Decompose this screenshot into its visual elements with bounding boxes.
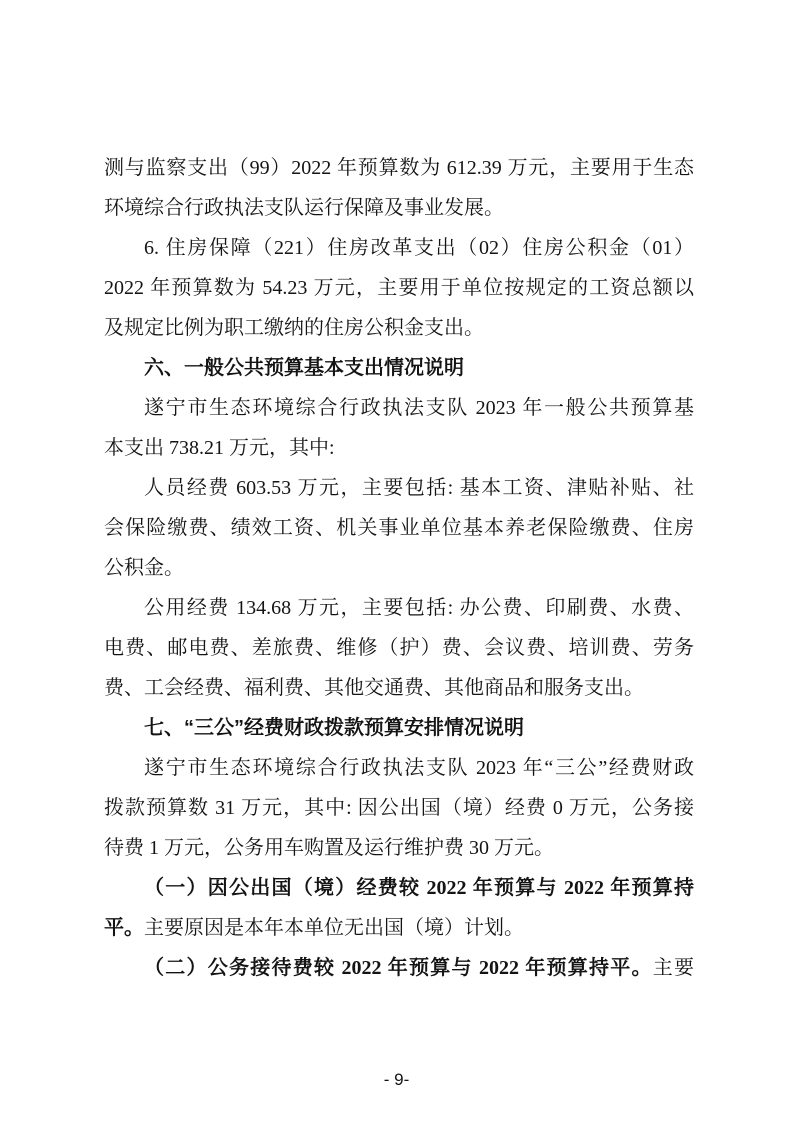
text-run: 会保险缴费、绩效工资、机关事业单位基本养老保险缴费、住房	[104, 517, 694, 539]
text-run: 及规定比例为职工缴纳的住房公积金支出。	[104, 317, 484, 339]
text-line: （一）因公出国（境）经费较 2022 年预算与 2022 年预算持	[104, 868, 694, 908]
text-run: （二）公务接待费较 2022 年预算与 2022 年预算持平。	[144, 957, 653, 979]
text-line: 6. 住房保障（221）住房改革支出（02）住房公积金（01）	[104, 228, 694, 268]
text-run: 本支出 738.21 万元，其中:	[104, 437, 335, 459]
text-run: 公积金。	[104, 557, 184, 579]
text-line: （二）公务接待费较 2022 年预算与 2022 年预算持平。主要	[104, 948, 694, 988]
text-line: 会保险缴费、绩效工资、机关事业单位基本养老保险缴费、住房	[104, 508, 694, 548]
section-heading: 七、“三公”经费财政拨款预算安排情况说明	[104, 708, 694, 748]
text-line: 电费、邮电费、差旅费、维修（护）费、会议费、培训费、劳务	[104, 628, 694, 668]
text-run: （一）因公出国（境）经费较 2022 年预算与 2022 年预算持	[144, 877, 694, 899]
text-run: 主要	[653, 957, 694, 979]
text-run: 拨款预算数 31 万元，其中: 因公出国（境）经费 0 万元，公务接	[104, 797, 694, 819]
text-run: 遂宁市生态环境综合行政执法支队 2023 年“三公”经费财政	[144, 757, 694, 779]
text-run: 环境综合行政执法支队运行保障及事业发展。	[104, 197, 504, 219]
text-line: 遂宁市生态环境综合行政执法支队 2023 年“三公”经费财政	[104, 748, 694, 788]
text-line: 费、工会经费、福利费、其他交通费、其他商品和服务支出。	[104, 668, 694, 708]
text-line: 本支出 738.21 万元，其中:	[104, 428, 694, 468]
section-heading: 六、一般公共预算基本支出情况说明	[104, 348, 694, 388]
text-run: 2022 年预算数为 54.23 万元，主要用于单位按规定的工资总额以	[104, 277, 694, 299]
text-run: 人员经费 603.53 万元，主要包括: 基本工资、津贴补贴、社	[144, 477, 694, 499]
text-line: 测与监察支出（99）2022 年预算数为 612.39 万元，主要用于生态	[104, 148, 694, 188]
text-line: 拨款预算数 31 万元，其中: 因公出国（境）经费 0 万元，公务接	[104, 788, 694, 828]
text-run: 六、一般公共预算基本支出情况说明	[144, 357, 464, 379]
page-number: - 9-	[0, 1070, 793, 1090]
text-line: 及规定比例为职工缴纳的住房公积金支出。	[104, 308, 694, 348]
text-line: 待费 1 万元，公务用车购置及运行维护费 30 万元。	[104, 828, 694, 868]
text-line: 人员经费 603.53 万元，主要包括: 基本工资、津贴补贴、社	[104, 468, 694, 508]
text-run: 七、“三公”经费财政拨款预算安排情况说明	[144, 717, 524, 739]
text-line: 公用经费 134.68 万元，主要包括: 办公费、印刷费、水费、	[104, 588, 694, 628]
text-run: 测与监察支出（99）2022 年预算数为 612.39 万元，主要用于生态	[104, 157, 694, 179]
text-line: 公积金。	[104, 548, 694, 588]
text-run: 6. 住房保障（221）住房改革支出（02）住房公积金（01）	[144, 237, 694, 259]
text-line: 遂宁市生态环境综合行政执法支队 2023 年一般公共预算基	[104, 388, 694, 428]
text-run: 平。	[104, 917, 144, 939]
text-run: 费、工会经费、福利费、其他交通费、其他商品和服务支出。	[104, 677, 644, 699]
text-run: 遂宁市生态环境综合行政执法支队 2023 年一般公共预算基	[144, 397, 694, 419]
text-line: 环境综合行政执法支队运行保障及事业发展。	[104, 188, 694, 228]
text-run: 电费、邮电费、差旅费、维修（护）费、会议费、培训费、劳务	[104, 637, 694, 659]
document-body: 测与监察支出（99）2022 年预算数为 612.39 万元，主要用于生态环境综…	[104, 148, 694, 988]
document-page: 测与监察支出（99）2022 年预算数为 612.39 万元，主要用于生态环境综…	[0, 0, 793, 1122]
text-run: 公用经费 134.68 万元，主要包括: 办公费、印刷费、水费、	[144, 597, 694, 619]
text-run: 待费 1 万元，公务用车购置及运行维护费 30 万元。	[104, 837, 554, 859]
text-run: 主要原因是本年本单位无出国（境）计划。	[144, 917, 524, 939]
text-line: 平。主要原因是本年本单位无出国（境）计划。	[104, 908, 694, 948]
text-line: 2022 年预算数为 54.23 万元，主要用于单位按规定的工资总额以	[104, 268, 694, 308]
